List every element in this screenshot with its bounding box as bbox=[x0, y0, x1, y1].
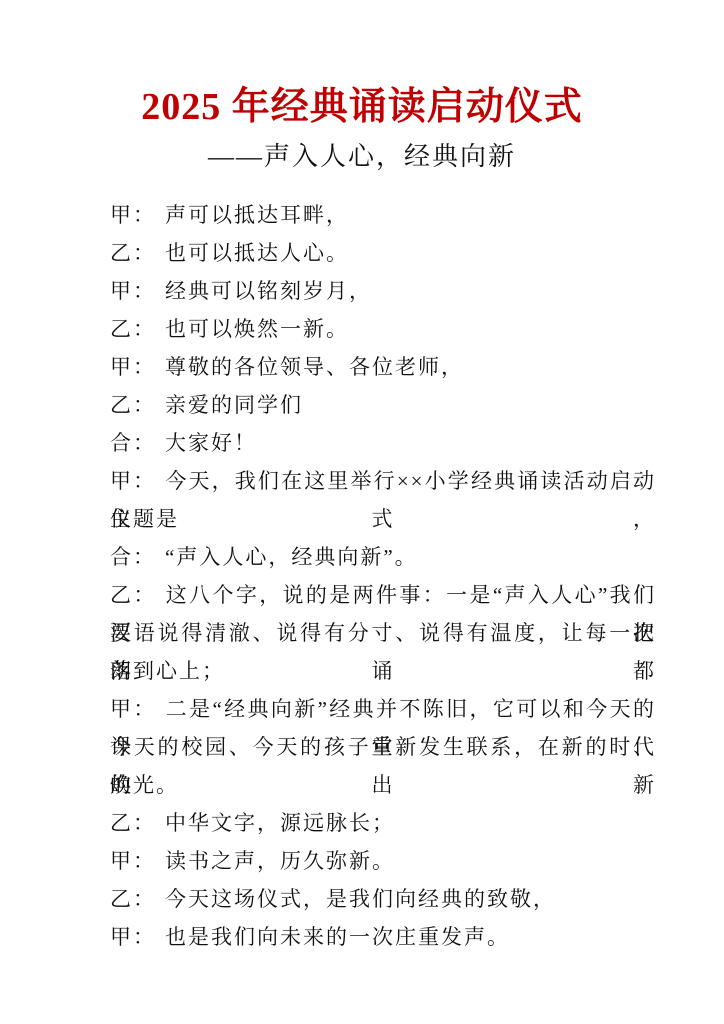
line-text: 也是我们向未来的一次庄重发声。 bbox=[165, 925, 510, 949]
script-line: 合：“声入人心，经典向新”。 bbox=[110, 538, 656, 576]
line-text: 亲爱的同学们 bbox=[165, 393, 303, 417]
speaker-label: 甲： bbox=[110, 697, 157, 721]
speaker-label: 合： bbox=[110, 545, 156, 569]
script-line: 乙：也可以抵达人心。 bbox=[110, 234, 656, 272]
document-subtitle: ——声入人心，经典向新 bbox=[0, 140, 724, 174]
script-line: 汉语说得清澈、说得有分寸、说得有温度，让每一次朗诵都 bbox=[110, 614, 656, 652]
script-content: 甲：声可以抵达耳畔， 乙：也可以抵达人心。 甲：经典可以铭刻岁月， 乙：也可以焕… bbox=[0, 174, 724, 956]
script-line: 甲：也是我们向未来的一次庄重发声。 bbox=[110, 918, 656, 956]
script-line: 甲：二是“经典向新”经典并不陈旧，它可以和今天的课堂、 bbox=[110, 690, 656, 728]
speaker-label: 甲： bbox=[110, 279, 156, 303]
speaker-label: 乙： bbox=[110, 887, 156, 911]
script-line: 甲：声可以抵达耳畔， bbox=[110, 196, 656, 234]
line-text: “声入人心，经典向新”。 bbox=[165, 545, 418, 569]
document-title: 2025 年经典诵读启动仪式 bbox=[0, 0, 724, 130]
line-text: 的光。 bbox=[110, 773, 179, 797]
speaker-label: 甲： bbox=[110, 925, 156, 949]
speaker-label: 乙： bbox=[110, 811, 156, 835]
script-line: 甲：尊敬的各位领导、各位老师， bbox=[110, 348, 656, 386]
speaker-label: 乙： bbox=[110, 241, 156, 265]
script-line: 甲：经典可以铭刻岁月， bbox=[110, 272, 656, 310]
speaker-label: 甲： bbox=[110, 355, 156, 379]
line-text: 今天的校园、今天的孩子重新发生联系，在新的时代焕出新 bbox=[110, 735, 656, 797]
script-line: 乙：亲爱的同学们 bbox=[110, 386, 656, 424]
script-line: 乙：中华文字，源远脉长； bbox=[110, 804, 656, 842]
speaker-label: 甲： bbox=[110, 849, 156, 873]
line-text: 今天，我们在这里举行××小学经典诵读活动启动仪式， bbox=[110, 469, 656, 531]
line-text: 主题是 bbox=[110, 507, 179, 531]
line-text: 尊敬的各位领导、各位老师， bbox=[165, 355, 464, 379]
script-line: 乙：也可以焕然一新。 bbox=[110, 310, 656, 348]
speaker-label: 乙： bbox=[110, 393, 156, 417]
line-text: 经典可以铭刻岁月， bbox=[165, 279, 372, 303]
script-line: 今天的校园、今天的孩子重新发生联系，在新的时代焕出新 bbox=[110, 728, 656, 766]
line-text: 今天这场仪式，是我们向经典的致敬， bbox=[165, 887, 556, 911]
speaker-label: 乙： bbox=[110, 317, 156, 341]
line-text: 中华文字，源远脉长； bbox=[165, 811, 395, 835]
script-line: 甲：今天，我们在这里举行××小学经典诵读活动启动仪式， bbox=[110, 462, 656, 500]
line-text: 落到心上； bbox=[110, 659, 225, 683]
script-line: 乙：这八个字，说的是两件事：一是“声入人心”我们要把 bbox=[110, 576, 656, 614]
speaker-label: 合： bbox=[110, 431, 156, 455]
script-line: 合：大家好！ bbox=[110, 424, 656, 462]
line-text: 大家好！ bbox=[165, 431, 257, 455]
document-page: 2025 年经典诵读启动仪式 ——声入人心，经典向新 甲：声可以抵达耳畔， 乙：… bbox=[0, 0, 724, 1024]
line-text: 声可以抵达耳畔， bbox=[165, 203, 349, 227]
line-text: 也可以焕然一新。 bbox=[165, 317, 349, 341]
line-text: 读书之声，历久弥新。 bbox=[165, 849, 395, 873]
line-text: 也可以抵达人心。 bbox=[165, 241, 349, 265]
script-line: 乙：今天这场仪式，是我们向经典的致敬， bbox=[110, 880, 656, 918]
speaker-label: 乙： bbox=[110, 583, 157, 607]
script-line: 甲：读书之声，历久弥新。 bbox=[110, 842, 656, 880]
speaker-label: 甲： bbox=[110, 469, 156, 493]
speaker-label: 甲： bbox=[110, 203, 156, 227]
